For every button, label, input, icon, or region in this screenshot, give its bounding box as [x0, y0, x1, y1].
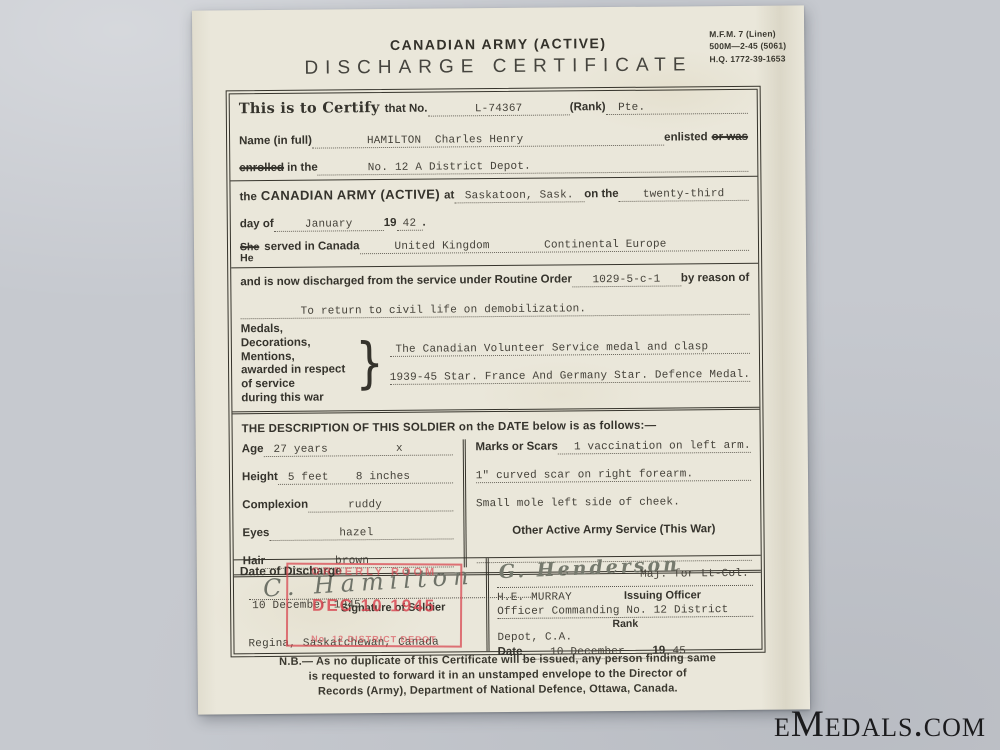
officer-name-row: H.E. MURRAY Issuing Officer [497, 589, 753, 604]
issuing-officer-label: Issuing Officer [572, 589, 753, 603]
discharge-date-value: 10 December 1945 [252, 598, 480, 612]
complexion-label: Complexion [242, 498, 308, 511]
description-columns: Age 27 years x Height 5 feet 8 inches Co… [242, 437, 752, 569]
officer-name-value: H.E. MURRAY [497, 591, 572, 604]
photo-background: M.F.M. 7 (Linen) 500M—2-45 (5061) H.Q. 1… [0, 0, 1000, 750]
name-row: Name (in full) HAMILTON Charles Henry en… [239, 131, 748, 149]
year-field: 42 [396, 217, 422, 231]
marks1-value: 1 vaccination on left arm. [574, 440, 751, 454]
medals-line1-value: The Canadian Volunteer Service medal and… [395, 342, 708, 357]
at-label: at [444, 189, 454, 201]
day-of-label: day of [240, 218, 274, 230]
complexion-row: Complexion ruddy [242, 497, 453, 513]
that-no-label: that No. [385, 103, 428, 115]
medals-label-line1: Medals, Decorations, Mentions, [241, 323, 311, 363]
army-row: the CANADIAN ARMY (ACTIVE) at Saskatoon,… [239, 184, 748, 205]
marks1-field: 1 vaccination on left arm. [558, 439, 751, 455]
officer-signature-suffix: Maj. for Lt-Col. [640, 568, 749, 581]
on-the-label: on the [584, 188, 619, 200]
other-army-service-label: Other Active Army Service (This War) [476, 523, 751, 537]
day-word-value: twenty-third [643, 188, 725, 201]
routine-order-row: and is now discharged from the service u… [240, 272, 749, 290]
marks2-field: 1" curved scar on right forearm. [476, 467, 751, 483]
description-column-divider [462, 439, 466, 567]
rank-label-bottom: Rank [497, 617, 753, 631]
she-he-label: She He [240, 242, 259, 263]
marks2-value: 1" curved scar on right forearm. [476, 468, 694, 482]
in-the-label: in the [287, 162, 318, 174]
served-value: United Kingdom Continental Europe [394, 239, 666, 253]
name-field: HAMILTON Charles Henry [312, 132, 664, 149]
eyes-field: hazel [269, 525, 453, 541]
medals-label-line2: awarded in respect of service [241, 364, 345, 391]
height-label: Height [242, 471, 278, 483]
eyes-label: Eyes [242, 527, 269, 539]
routine-order-field: 1029-5-c-1 [572, 272, 681, 287]
or-was-struck-label: or was [712, 131, 749, 143]
bottom-boxes: Date of Discharge ORDERLY ROOM DEC 10 19… [234, 555, 762, 654]
year-prefix-label: 19 [384, 217, 397, 229]
height-row: Height 5 feet 8 inches [242, 469, 453, 485]
age-value: 27 years x [273, 443, 402, 456]
age-label: Age [242, 443, 264, 455]
marks3-field: Small mole left side of cheek. [476, 495, 751, 511]
he-label: He [240, 252, 254, 264]
age-field: 27 years x [263, 441, 452, 457]
description-left-column: Age 27 years x Height 5 feet 8 inches Co… [242, 439, 462, 569]
medals-line2-field: 1939-45 Star. France And Germany Star. D… [390, 368, 751, 385]
emedals-watermark: eMedals.com [774, 703, 986, 746]
enrolled-row: enrolled in the No. 12 A District Depot. [239, 158, 748, 176]
year-period: . [422, 217, 425, 229]
issuing-officer-box: G. Henderson Maj. for Lt-Col. H.E. MURRA… [489, 556, 762, 651]
enlisted-label: enlisted [664, 131, 708, 143]
commanding-value: Officer Commanding No. 12 District [497, 604, 728, 618]
discharged-lead-label: and is now discharged from the service u… [240, 273, 572, 288]
marks-label: Marks or Scars [475, 440, 558, 453]
year-value: 42 [403, 218, 417, 230]
day-word-field: twenty-third [619, 187, 749, 202]
certify-lead-label: This is to Certify [239, 99, 380, 117]
unit-field: No. 12 A District Depot. [318, 158, 749, 176]
name-label: Name (in full) [239, 135, 312, 148]
brace-glyph: } [355, 332, 384, 396]
rank-value: Pte. [618, 102, 645, 114]
eyes-value: hazel [339, 527, 373, 539]
medals-line1-field: The Canadian Volunteer Service medal and… [389, 340, 750, 357]
rank-field: Pte. [605, 100, 747, 115]
medals-line2-value: 1939-45 Star. France And Germany Star. D… [390, 369, 751, 384]
complexion-field: ruddy [308, 497, 453, 512]
reason-row: To return to civil life on demobilizatio… [241, 301, 750, 319]
routine-order-value: 1029-5-c-1 [592, 274, 660, 287]
name-value: HAMILTON Charles Henry [367, 134, 524, 147]
section-divider [231, 263, 758, 269]
day-row: day of January 19 42 . [240, 214, 749, 232]
medals-label-line3: during this war [241, 392, 324, 405]
nb-line3: Records (Army), Department of National D… [258, 681, 738, 700]
reason-value: To return to civil life on demobilizatio… [301, 303, 587, 317]
served-row: She He served in Canada United Kingdom C… [240, 237, 749, 263]
service-number-field: L-74367 [427, 101, 569, 116]
date-of-discharge-box: Date of Discharge ORDERLY ROOM DEC 10 19… [234, 558, 487, 653]
date-of-discharge-label: Date of Discharge [240, 562, 480, 578]
height-value: 5 feet 8 inches [288, 471, 411, 484]
section-divider-thick [232, 407, 759, 415]
officer-signature-row: G. Henderson Maj. for Lt-Col. [497, 560, 753, 588]
army-name-label: CANADIAN ARMY (ACTIVE) [261, 187, 440, 204]
served-field: United Kingdom Continental Europe [359, 237, 749, 254]
height-field: 5 feet 8 inches [278, 469, 453, 485]
reason-field: To return to civil life on demobilizatio… [241, 301, 750, 319]
marks2-row: 1" curved scar on right forearm. [476, 467, 751, 483]
depot-value: Depot, C.A. [497, 630, 753, 644]
place-value: Saskatoon, Sask. [465, 189, 574, 202]
age-row: Age 27 years x [242, 441, 453, 457]
certificate-content: This is to Certify that No. L-74367 (Ran… [230, 90, 762, 654]
place-field: Saskatoon, Sask. [454, 188, 584, 203]
complexion-value: ruddy [348, 499, 382, 511]
marks-row: Marks or Scars 1 vaccination on left arm… [475, 439, 750, 455]
medals-label: Medals, Decorations, Mentions, awarded i… [241, 322, 354, 406]
section-divider [230, 176, 757, 182]
service-number-value: L-74367 [475, 103, 523, 115]
description-right-column: Marks or Scars 1 vaccination on left arm… [467, 437, 751, 567]
discharge-place-value: Regina, Saskatchewan, Canada [248, 636, 480, 650]
the-label: the [240, 191, 257, 203]
month-field: January [274, 217, 384, 232]
by-reason-label: by reason of [681, 272, 749, 285]
certificate-paper: M.F.M. 7 (Linen) 500M—2-45 (5061) H.Q. 1… [192, 5, 810, 714]
certificate-border-box: This is to Certify that No. L-74367 (Ran… [226, 86, 766, 658]
marks3-row: Small mole left side of cheek. [476, 495, 751, 511]
rank-label: (Rank) [570, 101, 606, 113]
enrolled-struck-label: enrolled [239, 162, 284, 174]
eyes-row: Eyes hazel [242, 525, 453, 541]
certify-row: This is to Certify that No. L-74367 (Ran… [239, 96, 748, 118]
medals-values: The Canadian Volunteer Service medal and… [389, 338, 750, 385]
medals-row: Medals, Decorations, Mentions, awarded i… [241, 319, 751, 406]
description-heading: THE DESCRIPTION OF THIS SOLDIER on the D… [242, 419, 751, 435]
marks3-value: Small mole left side of cheek. [476, 496, 680, 510]
unit-value: No. 12 A District Depot. [368, 161, 531, 174]
served-in-canada-label: served in Canada [264, 240, 359, 253]
document-title-line2: DISCHARGE CERTIFICATE [192, 53, 804, 80]
month-value: January [305, 218, 353, 230]
nb-footer-note: N.B.— As no duplicate of this Certificat… [258, 651, 738, 700]
